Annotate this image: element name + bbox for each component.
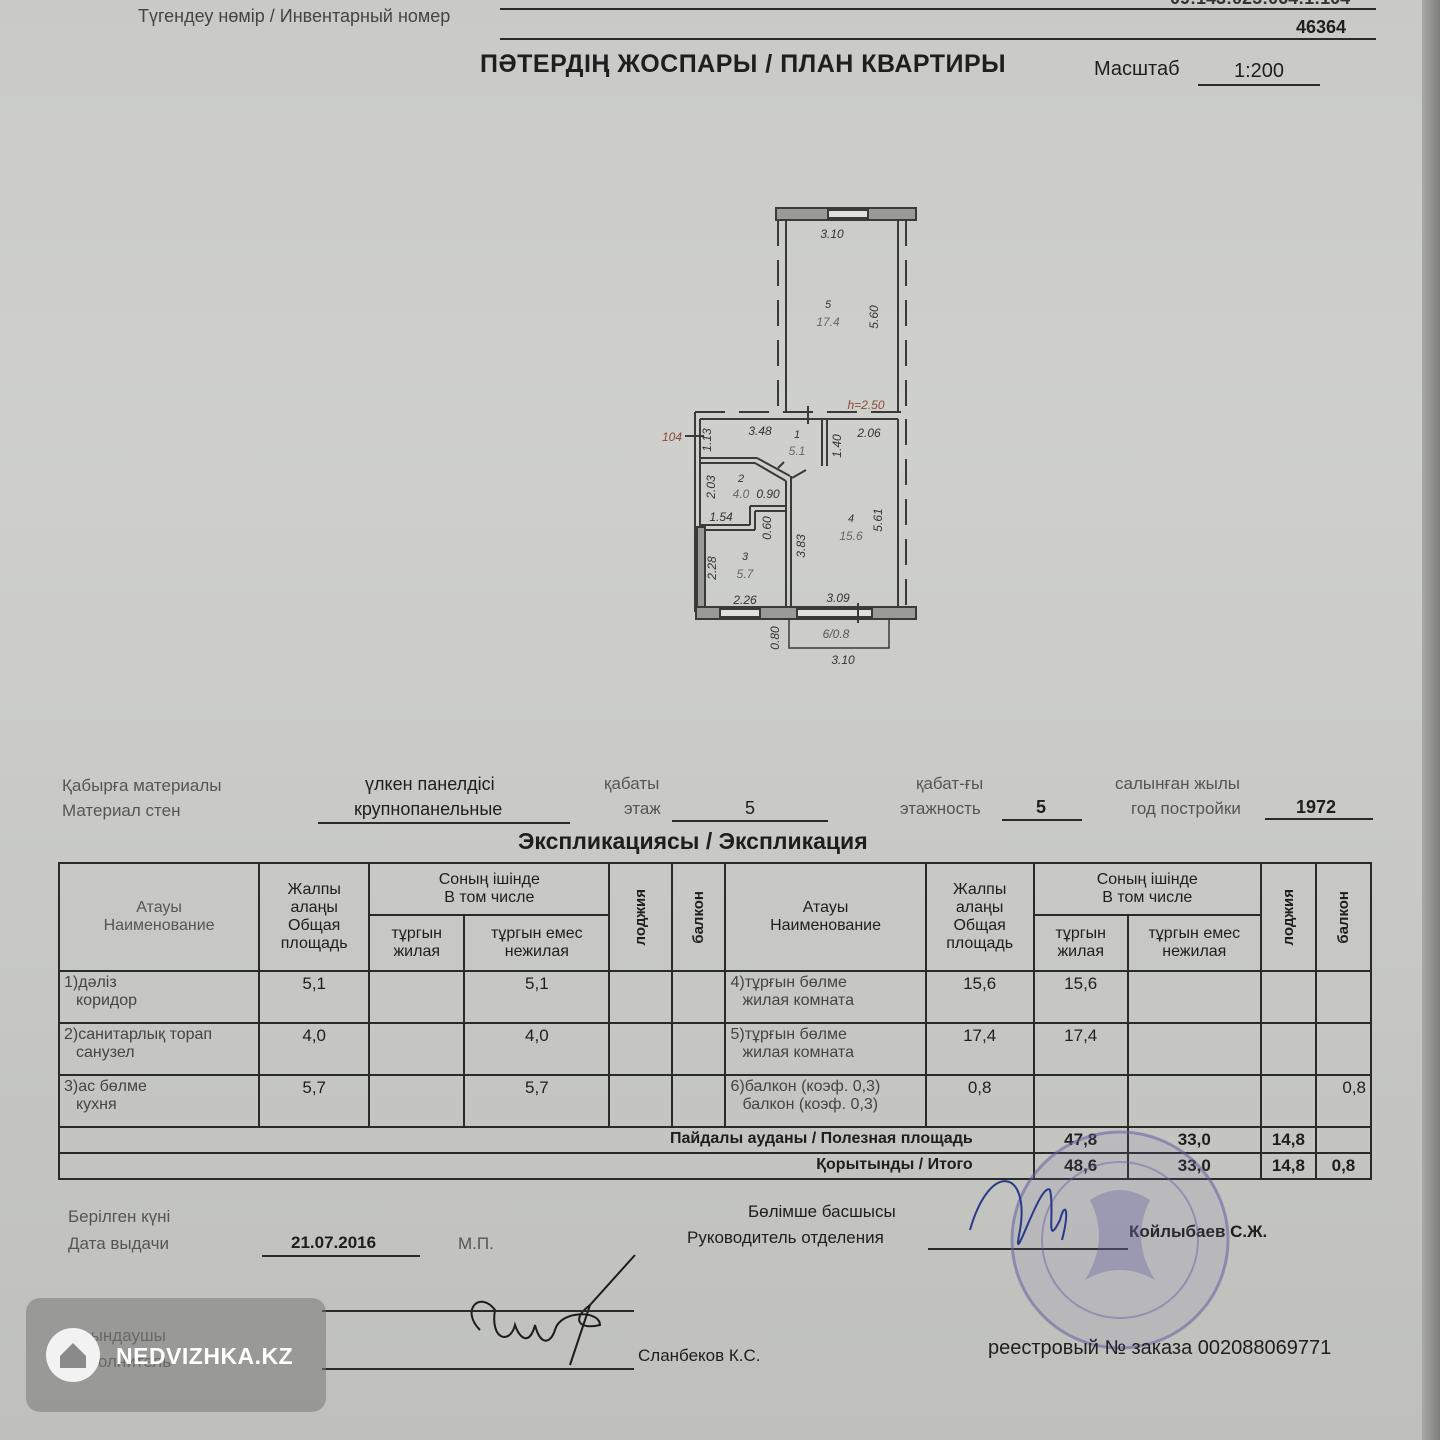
svg-text:0.90: 0.90 xyxy=(756,487,780,501)
issue-date-label-kz: Берілген күні xyxy=(68,1207,170,1227)
cell-nonliving: 5,1 xyxy=(464,971,609,1023)
svg-text:4.0: 4.0 xyxy=(733,487,750,501)
svg-text:2: 2 xyxy=(737,473,744,485)
window-kitchen xyxy=(720,609,760,617)
svg-text:1: 1 xyxy=(794,429,800,441)
svg-text:2.06: 2.06 xyxy=(856,426,881,440)
issue-date: 21.07.2016 xyxy=(291,1233,376,1253)
room-name: 5)тұрғын бөлмежилая комната xyxy=(725,1023,925,1075)
header-loggia-right: лоджия xyxy=(1261,863,1316,971)
svg-text:2.03: 2.03 xyxy=(704,475,718,500)
scale-label: Масштаб xyxy=(1094,58,1180,81)
header-name-right: АтауыНаименование xyxy=(725,863,925,971)
svg-text:2.28: 2.28 xyxy=(705,556,719,581)
table-row: 2)санитарлық торапсанузел4,04,05)тұрғын … xyxy=(59,1023,1371,1075)
cell-total: 4,0 xyxy=(259,1023,369,1075)
inventory-label: Түгендеу нөмір / Инвентарный номер xyxy=(138,6,450,27)
wall-material-ru: крупнопанельные xyxy=(354,799,502,820)
header-balcony-right: балкон xyxy=(1316,863,1371,971)
floor-value: 5 xyxy=(745,798,755,819)
header-nonliving: тұргын емеснежилая xyxy=(464,915,609,971)
executor-signature xyxy=(450,1250,650,1380)
cell-nonliving xyxy=(1128,971,1261,1023)
svg-text:5.61: 5.61 xyxy=(871,508,885,531)
svg-text:4: 4 xyxy=(848,513,854,525)
cell-living xyxy=(369,971,464,1023)
svg-text:3.09: 3.09 xyxy=(826,591,850,605)
svg-text:1.54: 1.54 xyxy=(709,510,733,524)
wall-material-kz: үлкен панелдісі xyxy=(365,774,495,795)
header-including: Соның ішіндеВ том числе xyxy=(369,863,609,915)
wall-material-label-kz: Қабырға материалы xyxy=(62,776,222,796)
house-icon xyxy=(46,1328,100,1382)
cell-balcony xyxy=(672,1075,725,1127)
scale-value: 1:200 xyxy=(1234,60,1284,83)
floors-total-value: 5 xyxy=(1036,797,1046,818)
cell-balcony xyxy=(672,971,725,1023)
cell-balcony xyxy=(672,1023,725,1075)
cell-loggia xyxy=(1261,971,1316,1023)
table-row: 1)дәлізкоридор5,15,14)тұрғын бөлмежилая … xyxy=(59,971,1371,1023)
official-stamp xyxy=(950,1120,1270,1360)
cell-living: 15,6 xyxy=(1034,971,1128,1023)
cell-balcony xyxy=(1316,1023,1371,1075)
page-edge xyxy=(1422,0,1440,1440)
svg-text:3.10: 3.10 xyxy=(831,653,855,667)
executor-line-bottom xyxy=(322,1368,634,1370)
cell-total: 17,4 xyxy=(926,1023,1034,1075)
cell-living xyxy=(369,1075,464,1127)
svg-text:5: 5 xyxy=(825,299,832,311)
header-living: тұргынжилая xyxy=(369,915,464,971)
head-label-kz: Бөлімше басшысы xyxy=(748,1202,896,1222)
page-title: ПӘТЕРДІҢ ЖОСПАРЫ / ПЛАН КВАРТИРЫ xyxy=(480,50,1006,79)
room-name: 1)дәлізкоридор xyxy=(59,971,259,1023)
room-name: 3)ас бөлмекухня xyxy=(59,1075,259,1127)
executor-line-top xyxy=(322,1310,634,1312)
issue-date-label-ru: Дата выдачи xyxy=(68,1234,169,1254)
cell-loggia xyxy=(609,971,672,1023)
header-name: АтауыНаименование xyxy=(59,863,259,971)
cell-loggia xyxy=(609,1075,672,1127)
header-including-right: Соның ішіндеВ том числе xyxy=(1034,863,1261,915)
issue-date-underline xyxy=(262,1255,420,1257)
head-label-ru: Руководитель отделения xyxy=(687,1228,884,1248)
cell-loggia xyxy=(1261,1023,1316,1075)
executor-name: Сланбеков К.С. xyxy=(638,1346,761,1366)
window-top xyxy=(828,210,868,218)
svg-text:1.13: 1.13 xyxy=(700,428,714,452)
svg-text:5.60: 5.60 xyxy=(867,305,881,329)
svg-text:h=2.50: h=2.50 xyxy=(847,398,884,412)
svg-text:3.83: 3.83 xyxy=(794,534,808,558)
svg-text:17.4: 17.4 xyxy=(816,315,840,329)
cell-nonliving: 4,0 xyxy=(464,1023,609,1075)
year-underline xyxy=(1265,818,1373,820)
watermark-text: NEDVIZHKA.KZ xyxy=(116,1343,293,1370)
cadastral-underline xyxy=(500,8,1376,10)
cell-balcony xyxy=(1316,971,1371,1023)
floor-plan: 3.10 5.60 5 17.4 h=2.50 3.48 1.13 104 1 … xyxy=(640,195,940,675)
svg-text:6/0.8: 6/0.8 xyxy=(823,627,850,641)
header-balcony: балкон xyxy=(672,863,725,971)
cell-nonliving xyxy=(1128,1023,1261,1075)
floors-total-label-ru: этажность xyxy=(900,799,981,819)
cell-total: 15,6 xyxy=(926,971,1034,1023)
cell-balcony: 0,8 xyxy=(1316,1075,1371,1127)
floors-total-underline xyxy=(1002,819,1082,821)
cell-loggia xyxy=(609,1023,672,1075)
svg-text:3: 3 xyxy=(742,551,749,563)
floors-total-label-kz: қабат-ғы xyxy=(916,774,983,794)
cell-total: 5,1 xyxy=(259,971,369,1023)
svg-text:2.26: 2.26 xyxy=(732,593,757,607)
floor-label-ru: этаж xyxy=(624,799,661,819)
svg-text:0.80: 0.80 xyxy=(768,626,782,650)
svg-text:5.7: 5.7 xyxy=(737,567,755,581)
inventory-underline xyxy=(500,38,1376,40)
svg-text:104: 104 xyxy=(662,430,682,444)
room-name: 2)санитарлық торапсанузел xyxy=(59,1023,259,1075)
header-nonliving-right: тұргын емеснежилая xyxy=(1128,915,1261,971)
year-label-kz: салынған жылы xyxy=(1115,774,1240,794)
header-total: Жалпы алаңы Общая площадь xyxy=(259,863,369,971)
registry-number-line: реестровый № заказа 002088069771 xyxy=(988,1337,1331,1360)
wall-material-underline xyxy=(318,822,570,824)
svg-text:5.1: 5.1 xyxy=(789,444,806,458)
floor-underline xyxy=(672,820,828,822)
explication-title: Экспликациясы / Экспликация xyxy=(518,828,868,855)
svg-text:15.6: 15.6 xyxy=(839,529,863,543)
wall-material-label-ru: Материал стен xyxy=(62,801,180,821)
cell-living: 17,4 xyxy=(1034,1023,1128,1075)
header-total-right: Жалпы алаңы Общая площадь xyxy=(926,863,1034,971)
cell-total: 5,7 xyxy=(259,1075,369,1127)
header-loggia: лоджия xyxy=(609,863,672,971)
header-living-right: тұргынжилая xyxy=(1034,915,1128,971)
scale-underline xyxy=(1198,84,1320,86)
svg-text:3.10: 3.10 xyxy=(820,227,844,241)
inventory-number: 46364 xyxy=(1296,17,1346,38)
window-room4 xyxy=(797,609,872,617)
cell-living xyxy=(369,1023,464,1075)
room-name: 6)балкон (коэф. 0,3)балкон (коэф. 0,3) xyxy=(725,1075,925,1127)
svg-text:1.40: 1.40 xyxy=(830,434,844,458)
year-label-ru: год постройки xyxy=(1131,799,1241,819)
svg-text:0.60: 0.60 xyxy=(760,516,774,540)
svg-text:3.48: 3.48 xyxy=(748,424,772,438)
room-name: 4)тұрғын бөлмежилая комната xyxy=(725,971,925,1023)
floor-label-kz: қабаты xyxy=(604,774,659,794)
cell-nonliving: 5,7 xyxy=(464,1075,609,1127)
year-value: 1972 xyxy=(1296,797,1336,818)
